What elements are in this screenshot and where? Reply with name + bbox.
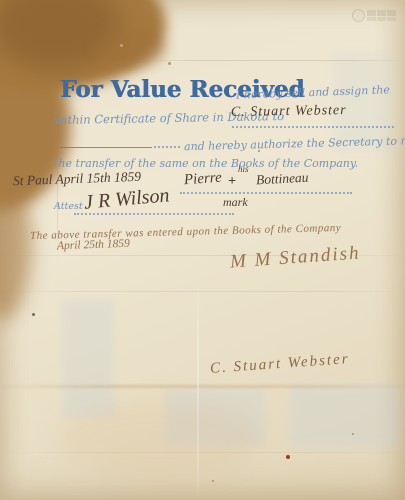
bottom-signature: C. Stuart Webster (210, 351, 351, 378)
secretary-signature: M M Standish (229, 242, 361, 273)
fold-crease (0, 291, 405, 292)
assignee-name-handwritten: C. Stuart Webster (231, 103, 347, 121)
signer-last-name: Bottineau (256, 170, 309, 189)
watermark-globe-icon (352, 9, 365, 22)
speckle (352, 433, 354, 435)
fold-crease (140, 60, 405, 61)
fold-crease (0, 385, 405, 388)
speckle (212, 480, 214, 482)
attest-label: Attest (54, 201, 83, 212)
speckle (258, 150, 260, 152)
signer-first-name: Pierre (183, 170, 222, 190)
dotted-rule (154, 146, 180, 148)
stain-edge (96, 28, 166, 68)
dark-spot (32, 313, 35, 316)
watermark-logo-icon (352, 5, 398, 25)
speckle (168, 62, 171, 65)
attest-signature: J R Wilson (83, 184, 170, 214)
signer-mark-word: mark (223, 195, 248, 210)
blank-rule (60, 147, 152, 148)
printed-line-4: the transfer of the same on the Books of… (54, 157, 358, 170)
aging-patch (60, 400, 260, 480)
show-through-ghost (290, 385, 400, 448)
red-spot (286, 455, 290, 459)
dotted-rule (232, 126, 394, 128)
speckle (120, 44, 123, 47)
signer-his-word: his (238, 164, 249, 174)
signer-cross-mark: + (228, 174, 236, 190)
place-date-handwritten: St Paul April 15th 1859 (13, 169, 141, 189)
show-through-ghost (62, 300, 114, 418)
entry-note-line-2: April 25th 1859 (57, 238, 130, 253)
dotted-rule (180, 192, 352, 194)
document-photo: For Value Received I hereby sell and ass… (0, 0, 405, 500)
